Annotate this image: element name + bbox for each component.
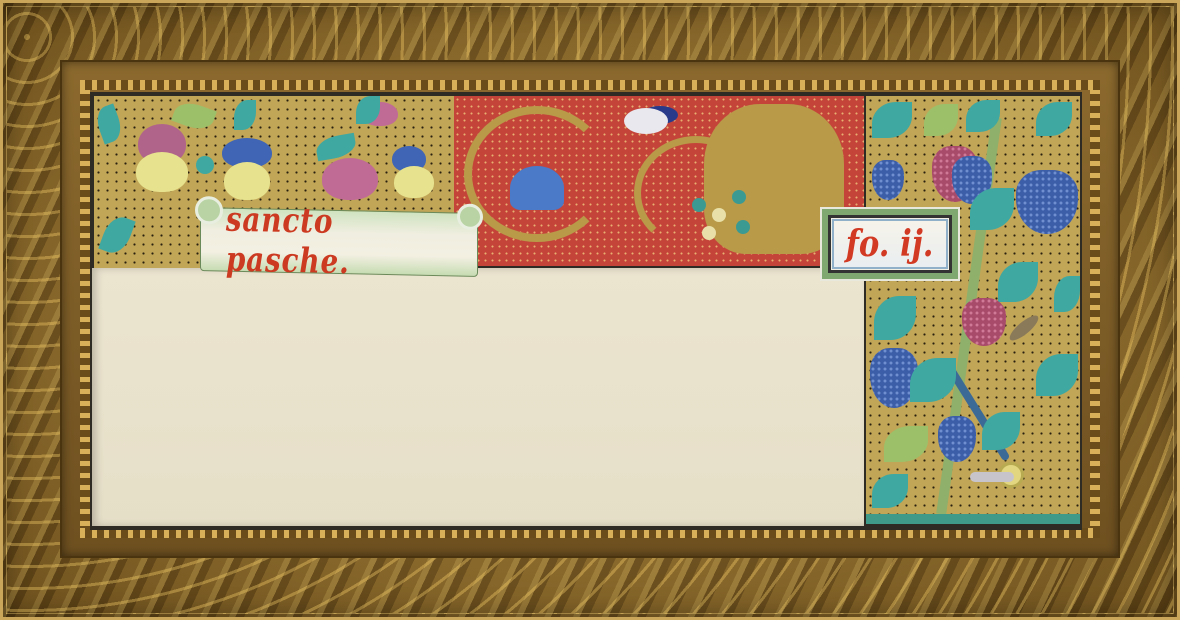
dragonfly-wing-icon [1006,312,1041,344]
grass-ground [866,514,1080,524]
vine-leaf-icon [884,426,928,462]
middle-border-panel [454,96,864,266]
pansy-petal-icon [224,162,270,200]
snail-body-icon [970,472,1014,482]
folio-number: fo. ij. [846,223,934,265]
vine-leaf-icon [1054,276,1080,312]
leaf-icon [314,133,357,162]
vine-leaf-icon [872,102,912,138]
bud-icon [196,156,214,174]
vine-leaf-icon [874,296,916,340]
leaf-icon [98,213,135,258]
grape-bunch-icon [962,298,1006,346]
pansy-petal-icon [136,152,188,192]
grape-bunch-icon [1016,170,1078,234]
grape-bunch-icon [938,416,976,462]
vine-leaf-icon [1036,102,1072,136]
rose-flower-icon [322,158,378,200]
grape-bunch-icon [872,160,904,200]
vine-leaf-icon [982,412,1020,450]
vine-leaf-icon [872,474,908,508]
pansy-petal-icon [394,166,434,198]
right-border-panel [866,96,1080,524]
vine-leaf-icon [998,262,1038,302]
bird-icon [624,108,668,134]
blue-flower-icon [510,166,564,210]
vine-leaf-icon [924,104,958,136]
berry-cluster-icon [692,198,706,212]
scroll-inscription: sancto pasche. [226,200,452,285]
leaf-icon [234,100,256,130]
blank-vellum-area [92,268,864,526]
folio-label-box: fo. ij. [822,209,958,279]
scroll-banner: sancto pasche. [200,207,478,277]
vine-leaf-icon [1036,354,1078,396]
leaf-icon [94,103,125,144]
